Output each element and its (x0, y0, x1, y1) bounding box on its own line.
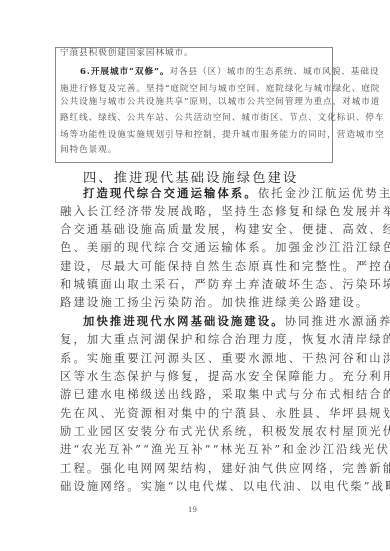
paragraph-line: 础设施网络。实施“以电代煤、以电代油、以电代柴”战略，引导 (60, 480, 334, 493)
paragraph-line: 游已建水电梯级送出线路，采取集中式与分布式相结合的方式，优 (60, 388, 334, 401)
document-page: 宁蒗县积极创建国家园林城市。 6.开展城市“双修”。对各县（区）城市的生态系统、… (0, 0, 390, 551)
paragraph-line: 和城镇面山取土采石，严防弃土弃渣破坏生态、污染环境。加强公 (60, 278, 334, 291)
box-line: 路红线、绿线、公共车站、公共活动空间、城市街区、节点、文化标识、停车 (60, 113, 332, 123)
box-line: 宁蒗县积极创建国家园林城市。 (60, 48, 332, 58)
paragraph-line: 先在风、光资源相对集中的宁蒗县、永胜县、华坪县规划布局。鼓 (60, 407, 334, 420)
paragraph-line: 励工业园区安装分布式光伏系统，积极发展农村屋顶光伏，大力推 (60, 425, 334, 438)
paragraph-line: 融入长江经济带发展战略，坚持生态修复和绿色发展并举，推动综 (60, 205, 334, 218)
p2-text: 协同推进水源涵养区保护修 (285, 315, 390, 328)
item6-text: 对各县（区）城市的生态系统、城市风貌、基础设 (169, 67, 379, 77)
paragraph-line: 路建设施工扬尘污染防治。加快推进绿美公路建设。 (60, 296, 334, 309)
box-line-item6: 6.开展城市“双修”。对各县（区）城市的生态系统、城市风貌、基础设 (60, 67, 332, 77)
paragraph-line: 色、美丽的现代综合交通运输体系。加强金沙江沿江绿色生态公路 (60, 241, 334, 254)
p1-title: 打造现代综合交通运输体系。 (83, 186, 258, 200)
paragraph-line: 系。实施重要江河源头区、重要水源地、干热河谷和山洪灾害易发 (60, 352, 334, 365)
box-line: 间特色景观。 (60, 145, 332, 155)
page-number: 19 (188, 506, 197, 514)
paragraph-line: 合交通基础设施高质量发展，构建安全、便捷、高效、经济、绿 (60, 223, 334, 236)
paragraph-line: 复，加大重点河湖保护和综合治理力度，恢复水清岸绿的水生态体 (60, 333, 334, 346)
paragraph-line: 区等水生态保护与修复，提高水安全保障能力。充分利用金沙江中 (60, 370, 334, 383)
p1-text: 依托金沙江航运优势主动服务， (258, 187, 390, 200)
item6-title: 6.开展城市“双修”。 (60, 67, 169, 77)
paragraph-line: 进“农光互补”“渔光互补”“林光互补”和金沙江沿线光伏提水 (60, 443, 334, 456)
paragraph-line: 工程。强化电网网架结构，建好油气供应网络，完善新能源汽车基 (60, 462, 334, 475)
paragraph-line: 加快推进现代水网基础设施建设。协同推进水源涵养区保护修 (83, 315, 357, 328)
section-heading: 四、推进现代基础设施绿色建设 (83, 171, 298, 186)
box-line: 施进行修复及完善。坚持“庭院空间与城市空间、庭院绿化与城市绿化、庭院 (60, 84, 332, 94)
paragraph-line: 打造现代综合交通运输体系。依托金沙江航运优势主动服务， (83, 187, 357, 200)
box-line: 场等功能性设施实施规划引导和控制，提升城市服务能力的同时，营造城市空 (60, 130, 332, 140)
p2-title: 加快推进现代水网基础设施建设。 (83, 314, 285, 328)
box-line: 公共设施与城市公共设施共享”原则，以城市公共空间管理为重点，对城市道 (60, 97, 332, 107)
paragraph-line: 建设，尽最大可能保持自然生态原真性和完整性。严控在高速公路 (60, 260, 334, 273)
